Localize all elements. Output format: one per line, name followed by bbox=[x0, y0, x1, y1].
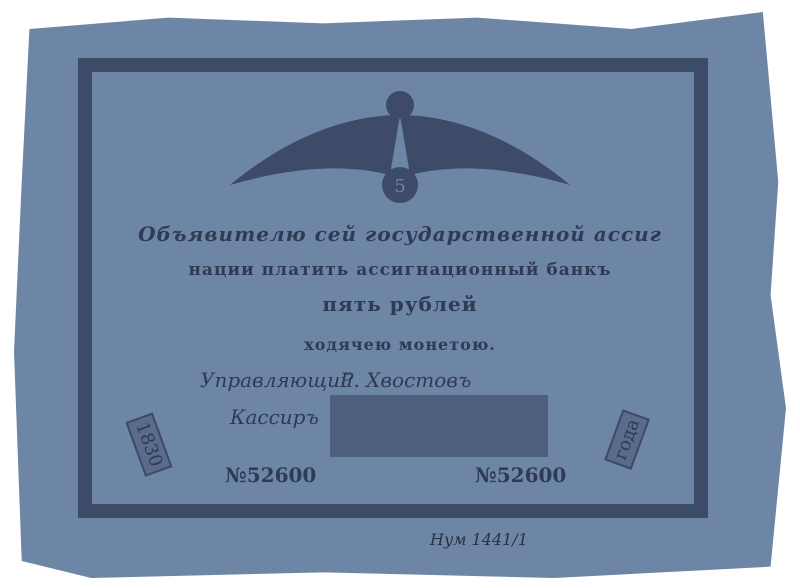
cashier-label: Кассиръ bbox=[230, 405, 319, 429]
double-headed-eagle-icon: 5 bbox=[230, 75, 570, 215]
manager-label: Управляющий bbox=[200, 368, 353, 392]
svg-text:5: 5 bbox=[394, 176, 405, 197]
text-line-2: нации платить ассигнационный банкъ bbox=[0, 260, 800, 280]
denomination-text: пять рублей bbox=[0, 292, 800, 316]
manager-signature: Р. Хвостовъ bbox=[340, 368, 471, 392]
serial-number-left: №52600 bbox=[225, 463, 316, 487]
text-line-1: Объявителю сей государственной ассиг bbox=[0, 222, 800, 246]
cashier-signature-box bbox=[330, 395, 548, 457]
serial-number-right: №52600 bbox=[475, 463, 566, 487]
handwritten-note: Нум 1441/1 bbox=[430, 530, 528, 549]
text-line-4: ходячею монетою. bbox=[0, 335, 800, 354]
